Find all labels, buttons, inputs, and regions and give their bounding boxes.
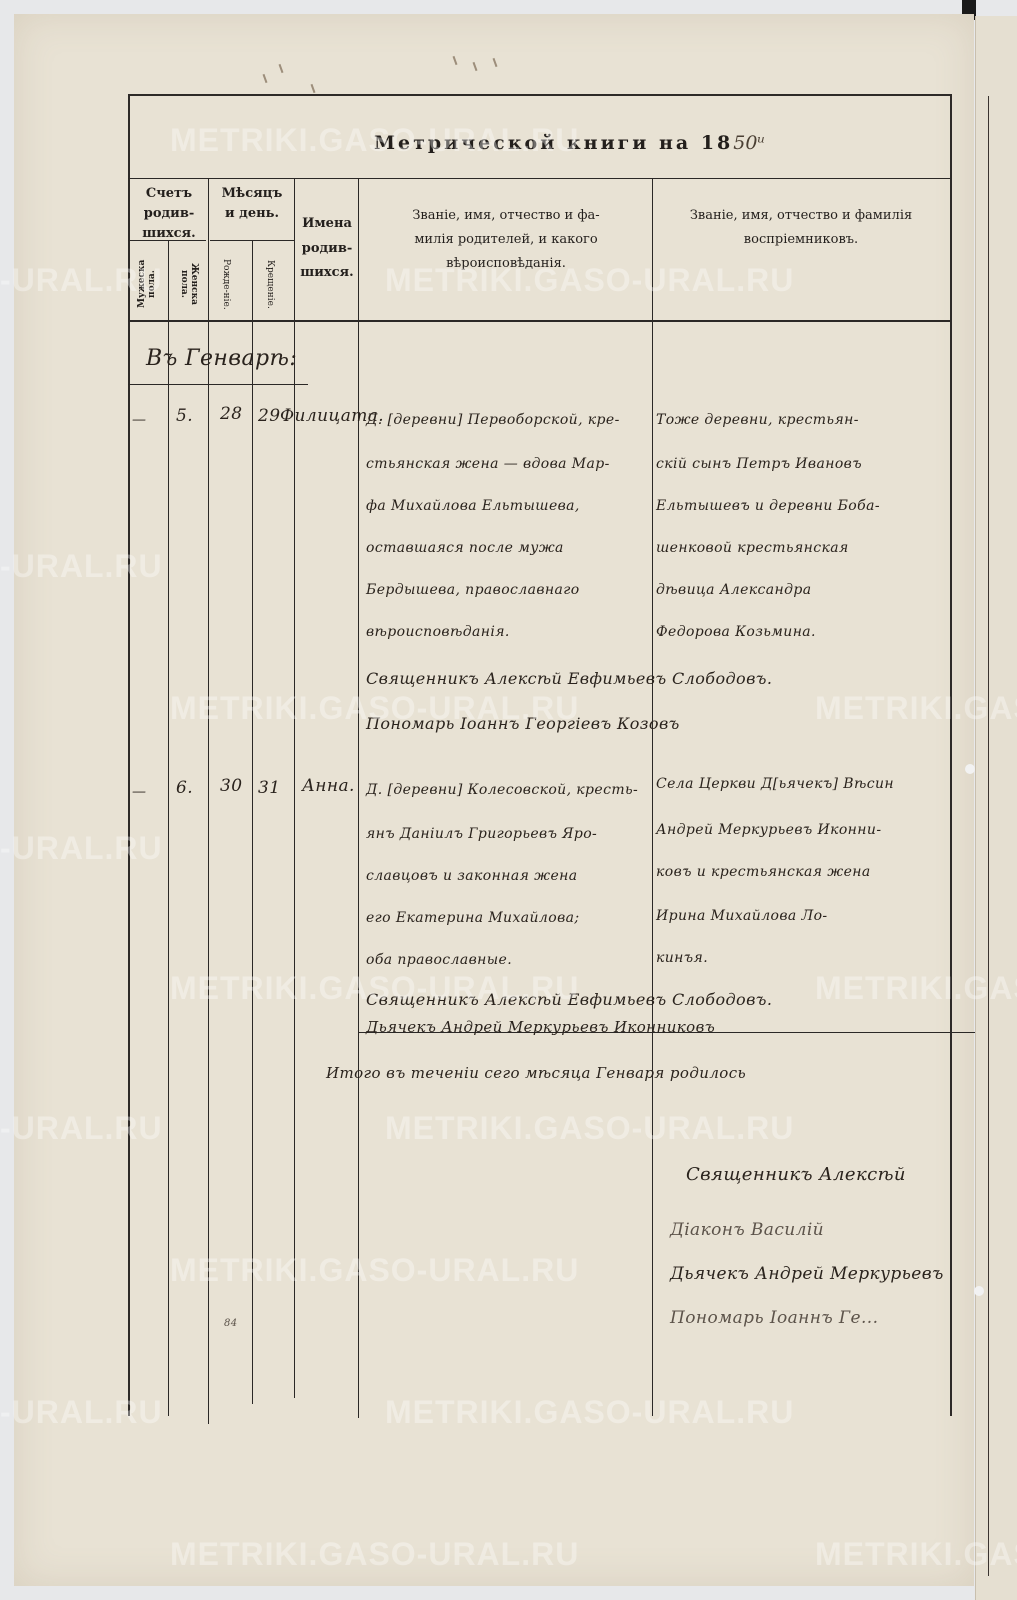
row-female-count: 6. <box>176 778 193 798</box>
godparents-line: Ирина Михайлова Ло- <box>656 908 828 924</box>
row-birth-day: 30 <box>220 776 242 796</box>
register-page: Метрической книги на 1850ᵘ Счетъ родив- … <box>14 14 974 1586</box>
header-month-day: Мѣсяцъ и день. <box>210 184 294 224</box>
header-count-born: Счетъ родив- шихся. <box>130 184 208 244</box>
row-signature-priest: Священникъ Алексѣй Евфимьевъ Слободовъ. <box>366 990 772 1009</box>
ink-speck <box>279 64 284 73</box>
closing-signature-deacon: Діаконъ Василій <box>670 1220 824 1240</box>
parents-line: Д. [деревни] Первоборской, кре- <box>366 412 620 428</box>
col-rule-parents-godparents <box>652 178 653 1416</box>
godparents-line: скій сынъ Петръ Ивановъ <box>656 456 862 472</box>
header-parents: Званіе, имя, отчество и фа- милія родите… <box>362 204 650 276</box>
closing-signature-ponomar: Пономарь Іоаннъ Ге... <box>670 1308 878 1328</box>
parents-line: вѣроисповѣданія. <box>366 624 510 640</box>
header-male: Мужеска пола. <box>138 252 158 316</box>
godparents-line: Села Церкви Д[ьячекъ] Вѣсин <box>656 776 894 792</box>
godparents-line: Ельтышевъ и деревни Боба- <box>656 498 880 514</box>
godparents-line: дѣвица Александра <box>656 582 812 598</box>
godparents-line: шенковой крестьянская <box>656 540 849 556</box>
header-line: милія родителей, и какого <box>362 228 650 252</box>
month-summary-line: Итого въ теченіи сего мѣсяца Генваря род… <box>326 1064 746 1082</box>
header-line: Званіе, имя, отчество и фа- <box>362 204 650 228</box>
header-baptism: Крещеніе. <box>264 254 274 314</box>
title-divider <box>128 178 950 179</box>
godparents-line: Федорова Козьмина. <box>656 624 816 640</box>
ink-speck <box>473 62 478 71</box>
header-names: Имена родив- шихся. <box>296 212 358 286</box>
header-line: Счетъ <box>130 184 208 204</box>
ink-speck <box>263 74 268 83</box>
page-title: Метрической книги на 1850ᵘ <box>374 132 765 154</box>
col-rule-birth-baptism <box>252 240 253 1404</box>
header-line: и день. <box>210 204 294 224</box>
closing-signature-priest: Священникъ Алексѣй <box>686 1164 906 1185</box>
ink-speck <box>493 58 498 67</box>
header-godparents: Званіе, имя, отчество и фамилія воспріем… <box>654 204 948 252</box>
header-birth: Рожде-ніе. <box>220 254 230 314</box>
row-signature-sexton: Пономарь Іоаннъ Георгіевъ Козовъ <box>366 714 680 733</box>
row-baptism-day: 29 <box>258 406 280 426</box>
punch-hole <box>974 1286 984 1296</box>
header-line: шихся. <box>296 261 358 286</box>
parents-line: стьянская жена — вдова Мар- <box>366 456 610 472</box>
row-male-count: — <box>132 412 146 428</box>
parents-line: оба православные. <box>366 952 512 968</box>
adjacent-page-edge <box>975 16 1017 1600</box>
header-line: Мѣсяцъ <box>210 184 294 204</box>
title-print: Метрической книги на 18 <box>374 132 733 154</box>
row-child-name: Анна. <box>302 776 355 796</box>
godparents-line: кинъя. <box>656 950 708 966</box>
header-line: вѣроисповѣданія. <box>362 252 650 276</box>
col-rule-names-parents <box>358 178 359 1418</box>
parents-line: Бердышева, православнаго <box>366 582 580 598</box>
row-signature-priest: Священникъ Алексѣй Евфимьевъ Слободовъ. <box>366 669 772 688</box>
header-line: родив- <box>296 237 358 262</box>
row-signature-sexton: Дьячекъ Андрей Меркурьевъ Иконниковъ <box>366 1018 715 1036</box>
adjacent-page-rule <box>988 96 989 1576</box>
header-line: шихся. <box>130 224 208 244</box>
row-baptism-day: 31 <box>258 778 280 798</box>
parents-line: его Екатерина Михайлова; <box>366 910 580 926</box>
godparents-line: ковъ и крестьянская жена <box>656 864 871 880</box>
parents-line: славцовъ и законная жена <box>366 868 578 884</box>
month-heading-divider <box>128 384 308 385</box>
ink-speck <box>311 84 316 93</box>
godparents-line: Андрей Меркурьевъ Иконни- <box>656 822 881 838</box>
godparents-line: Тоже деревни, крестьян- <box>656 412 859 428</box>
punch-hole <box>965 764 975 774</box>
title-year-suffix: ᵘ <box>757 132 765 154</box>
parents-line: янъ Даніилъ Григорьевъ Яро- <box>366 826 597 842</box>
header-line: Имена <box>296 212 358 237</box>
row-female-count: 5. <box>176 406 193 426</box>
ink-speck <box>453 56 458 65</box>
header-female: Женска пола. <box>178 252 198 316</box>
month-heading: Въ Генварѣ: <box>146 346 297 371</box>
pencil-mark: 84 <box>224 1318 238 1329</box>
parents-line: оставшаяся после мужа <box>366 540 564 556</box>
parents-line: Д. [деревни] Колесовской, кресть- <box>366 782 638 798</box>
title-year-handwritten: 50 <box>733 132 757 154</box>
parents-line: фа Михайлова Ельтышева, <box>366 498 580 514</box>
row-birth-day: 28 <box>220 404 242 424</box>
closing-signature-dyachok: Дьячекъ Андрей Меркурьевъ <box>670 1264 944 1284</box>
header-line: Званіе, имя, отчество и фамилія <box>654 204 948 228</box>
header-line: воспріемниковъ. <box>654 228 948 252</box>
header-line: родив- <box>130 204 208 224</box>
col-rule-male-female <box>168 240 169 1416</box>
row-male-count: — <box>132 784 146 800</box>
